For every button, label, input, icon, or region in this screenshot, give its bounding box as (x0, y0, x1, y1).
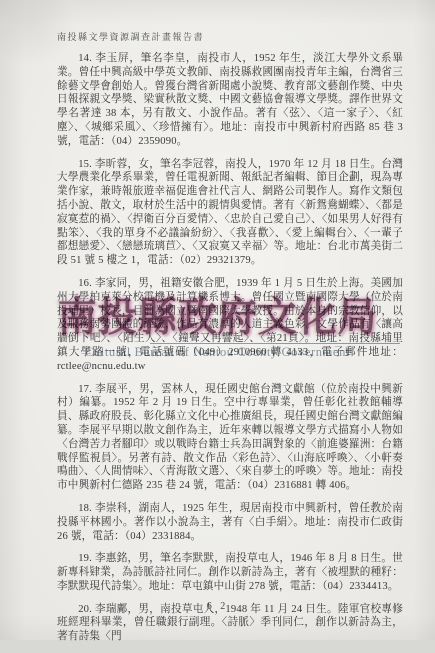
bio-entry-14: 14. 李玉屏，筆名李皇，南投市人，1952 年生，淡江大學外文系畢業。曾任中興… (57, 52, 403, 149)
bio-entry-19: 19. 李惠銘，男，筆名李默默，南投草屯人，1946 年 8 月 8 日生。世新… (57, 552, 403, 593)
bio-entry-16: 16. 李家同，男，祖籍安徽合肥，1939 年 1 月 5 日生於上海。美國加州… (57, 277, 403, 374)
running-header: 南投縣文學資源調查計畫報告書 (57, 30, 204, 43)
bio-entry-17: 17. 李展平，男，雲林人，現任國史館台灣文獻館（位於南投中興新村）編纂。195… (57, 383, 403, 493)
page-number: 6 2 (0, 601, 435, 612)
bio-entry-15: 15. 李昕蓉，女，筆名李冠蓉，南投人，1970 年 12 月 18 日生。台灣… (57, 158, 403, 268)
biography-list: 14. 李玉屏，筆名李皇，南投市人，1952 年生，淡江大學外文系畢業。曾任中興… (57, 52, 403, 640)
bio-entry-18: 18. 李崇科，湖南人，1925 年生，現居南投市中興新村，曾任教於南投縣平林國… (57, 502, 403, 543)
scanned-report-page: 南投縣文學資源調查計畫報告書 14. 李玉屏，筆名李皇，南投市人，1952 年生… (0, 0, 435, 640)
